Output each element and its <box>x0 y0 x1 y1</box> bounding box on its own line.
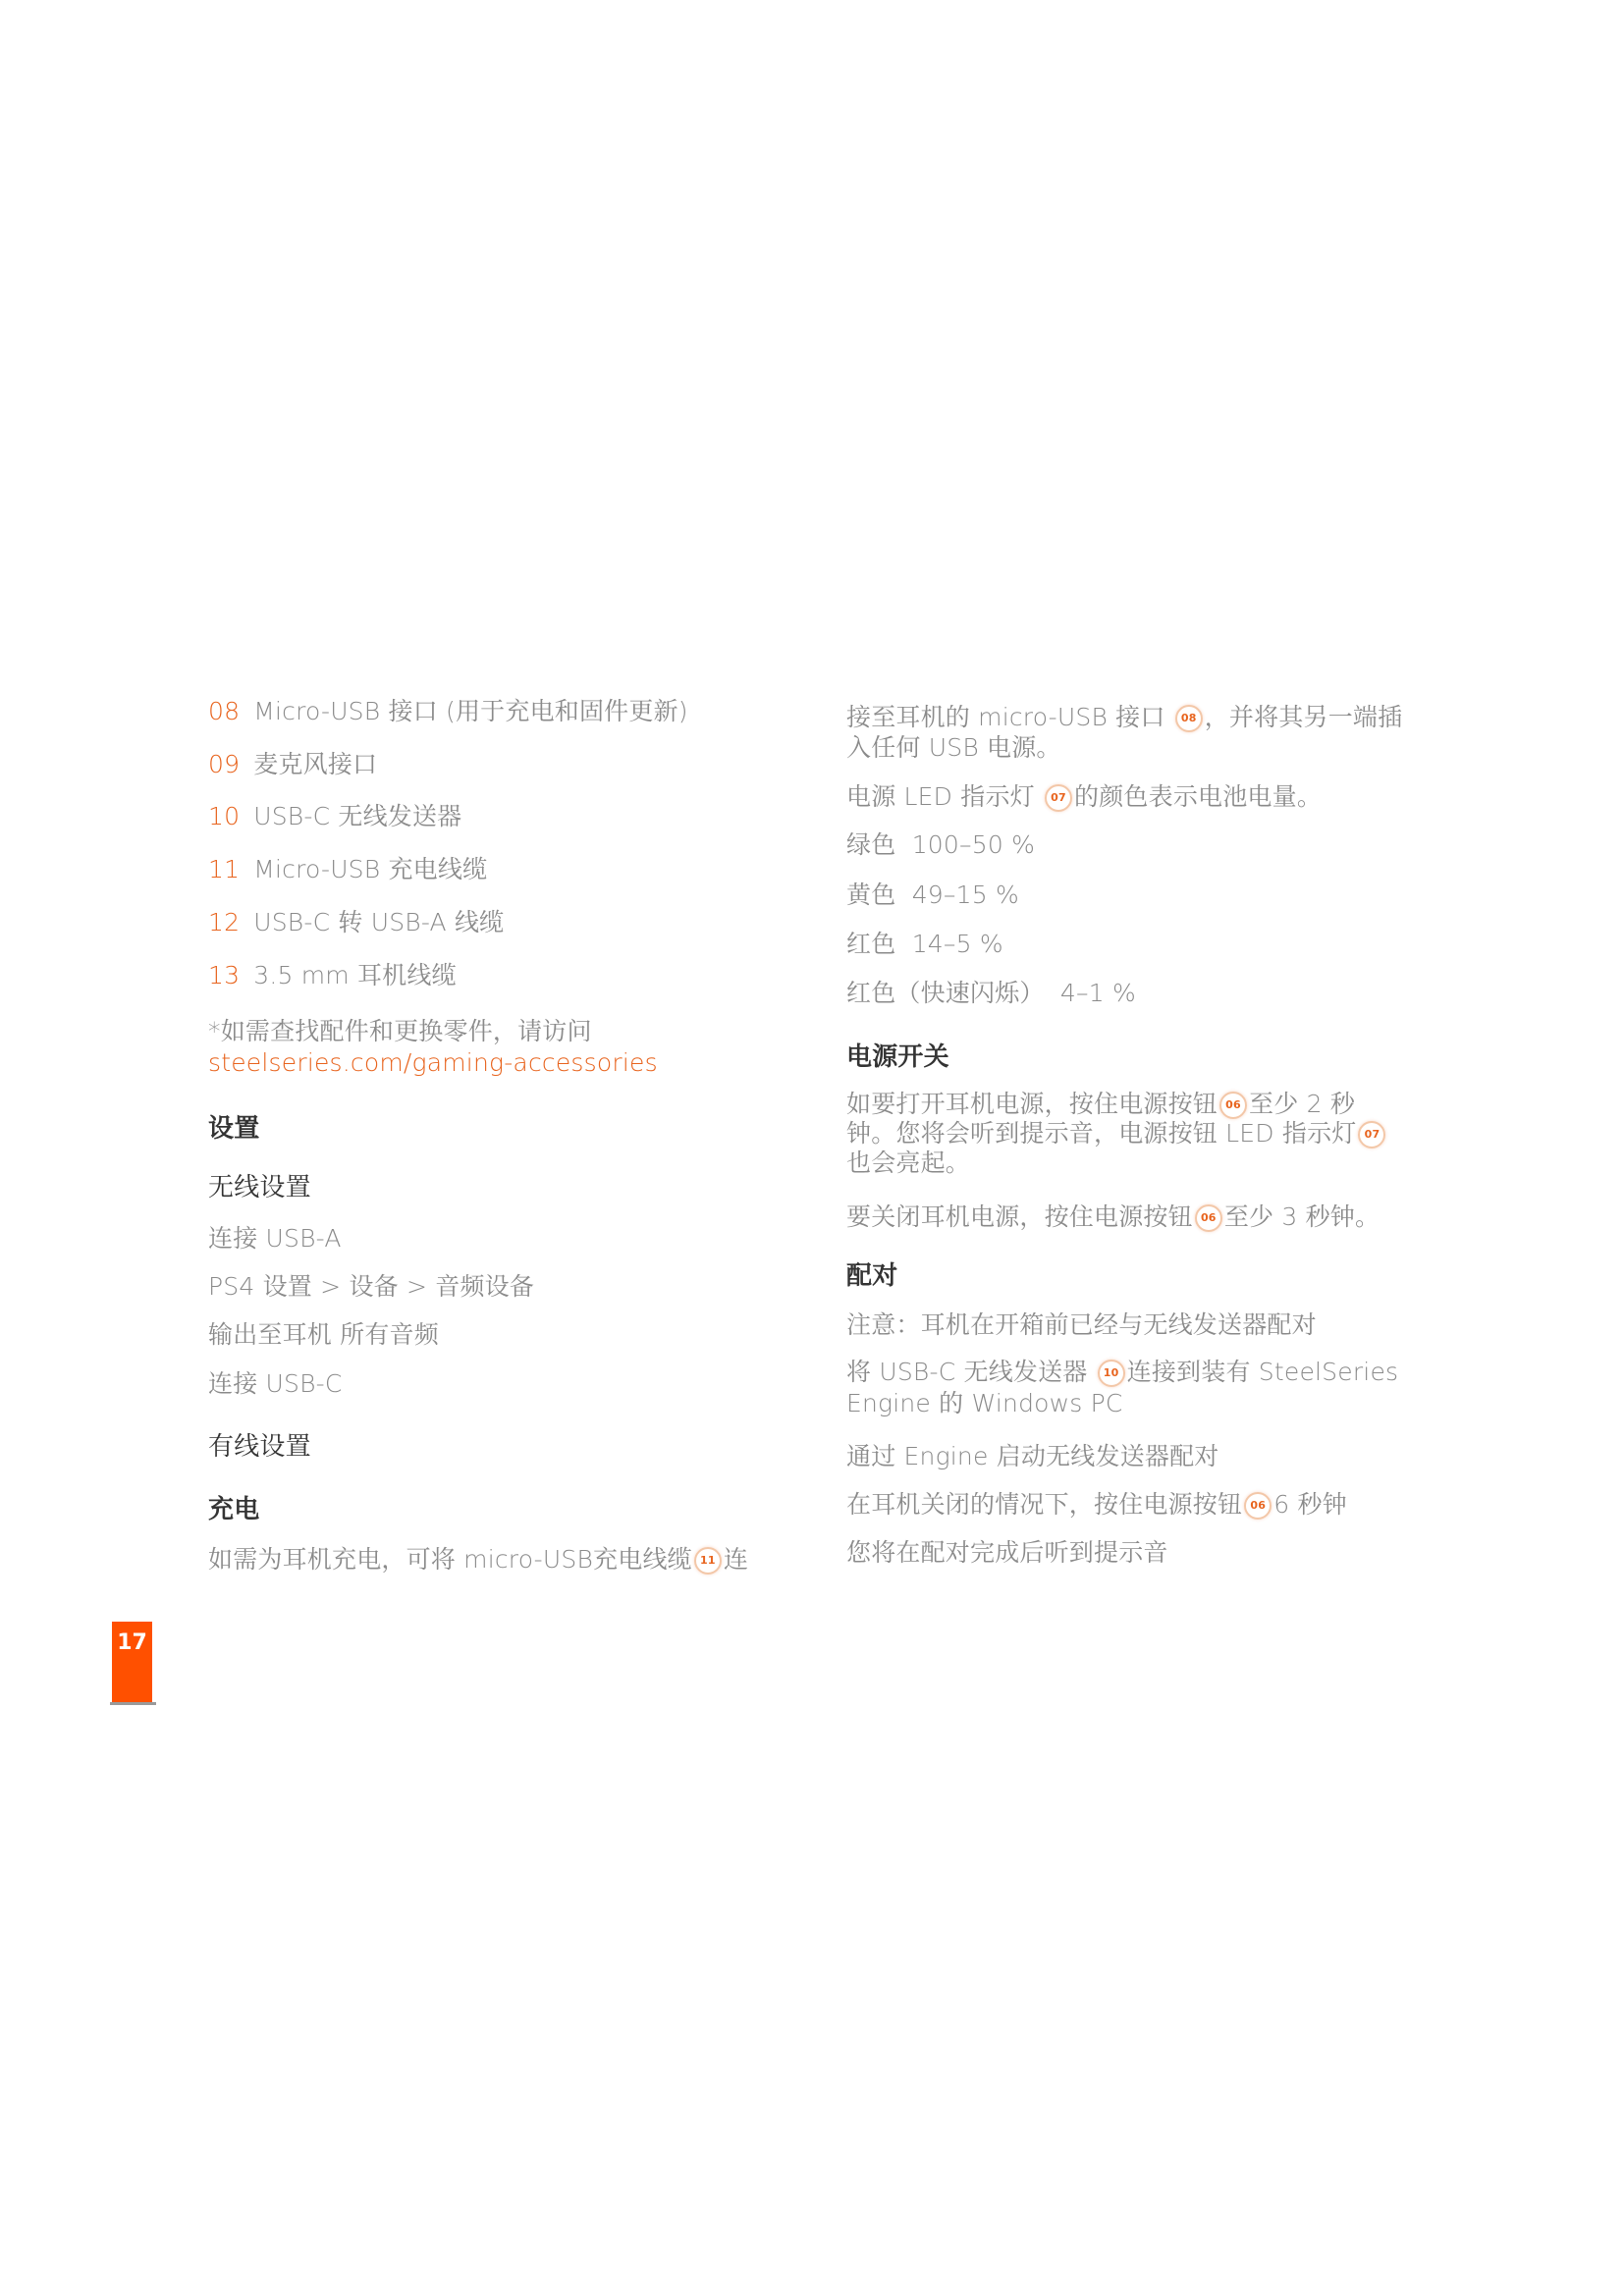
part-label: Micro-USB 充电线缆 <box>253 855 487 883</box>
power-on-text: 如要打开耳机电源，按住电源按钮06至少 2 秒 <box>846 1090 1355 1119</box>
battery-range: 49–15 % <box>912 881 1019 909</box>
callout-badge-icon: 06 <box>1219 1092 1247 1119</box>
section-title-setup: 设置 <box>208 1114 259 1144</box>
power-text-part: 钟。您将会听到提示音，电源按钮 LED 指示灯 <box>846 1119 1356 1148</box>
wireless-step: 输出至耳机 所有音频 <box>208 1320 439 1350</box>
battery-range: 100–50 % <box>912 830 1035 859</box>
page-tab-underline <box>110 1702 156 1705</box>
parts-list-item: 133.5 mm 耳机线缆 <box>208 961 457 990</box>
power-text-part: 如要打开耳机电源，按住电源按钮 <box>846 1090 1218 1118</box>
power-text-part: 要关闭耳机电源，按住电源按钮 <box>846 1202 1193 1231</box>
pairing-text-part: 6 秒钟 <box>1273 1490 1347 1519</box>
power-on-text: 也会亮起。 <box>846 1148 970 1178</box>
callout-badge-icon: 06 <box>1244 1492 1272 1520</box>
pairing-note: 注意：耳机在开箱前已经与无线发送器配对 <box>846 1310 1317 1340</box>
part-number: 08 <box>208 697 240 725</box>
part-label: USB-C 无线发送器 <box>253 802 461 830</box>
part-number: 12 <box>208 908 240 936</box>
callout-badge-icon: 07 <box>1358 1121 1385 1148</box>
pairing-step: 通过 Engine 启动无线发送器配对 <box>846 1442 1219 1471</box>
battery-range: 4–1 % <box>1060 979 1136 1007</box>
callout-badge-icon: 06 <box>1195 1204 1222 1232</box>
charging-text-part: 接至耳机的 micro-USB 接口 <box>846 703 1173 731</box>
led-text-part: 的颜色表示电池电量。 <box>1074 782 1322 811</box>
charging-text-part: ，并将其另一端插 <box>1205 703 1403 731</box>
section-title-pairing: 配对 <box>846 1261 897 1291</box>
parts-list-item: 11Micro-USB 充电线缆 <box>208 855 487 884</box>
subsection-title-wired: 有线设置 <box>208 1432 311 1462</box>
charging-text: 入任何 USB 电源。 <box>846 733 1061 763</box>
pairing-step: 将 USB-C 无线发送器 10连接到装有 SteelSeries <box>846 1358 1398 1387</box>
charging-text: 如需为耳机充电，可将 micro-USB充电线缆11连 <box>208 1545 748 1575</box>
charging-text-part: 连 <box>724 1545 748 1574</box>
battery-range: 14–5 % <box>912 930 1003 958</box>
wireless-step: PS4 设置 > 设备 > 音频设备 <box>208 1272 534 1302</box>
pairing-step: 在耳机关闭的情况下，按住电源按钮066 秒钟 <box>846 1490 1347 1520</box>
accessories-link[interactable]: steelseries.com/gaming-accessories <box>208 1048 658 1078</box>
part-number: 09 <box>208 750 240 778</box>
callout-badge-icon: 10 <box>1098 1360 1125 1387</box>
battery-level: 绿色 100–50 % <box>846 830 1035 860</box>
charging-text-part: 如需为耳机充电，可将 micro-USB充电线缆 <box>208 1545 692 1574</box>
power-text-part: 至少 3 秒钟。 <box>1224 1202 1380 1231</box>
subsection-title-wireless: 无线设置 <box>208 1173 311 1202</box>
led-text-part: 电源 LED 指示灯 <box>846 782 1043 811</box>
part-label: 3.5 mm 耳机线缆 <box>253 961 457 989</box>
power-on-text: 钟。您将会听到提示音，电源按钮 LED 指示灯07 <box>846 1119 1387 1148</box>
pairing-step: 您将在配对完成后听到提示音 <box>846 1538 1168 1568</box>
part-number: 10 <box>208 802 240 830</box>
section-title-power: 电源开关 <box>846 1042 949 1072</box>
battery-level: 黄色 49–15 % <box>846 881 1019 910</box>
accessories-note: *如需查找配件和更换零件，请访问 <box>208 1017 592 1046</box>
parts-list-item: 08Micro-USB 接口 (用于充电和固件更新) <box>208 697 688 726</box>
power-off-text: 要关闭耳机电源，按住电源按钮06至少 3 秒钟。 <box>846 1202 1380 1232</box>
pairing-text-part: 连接到装有 SteelSeries <box>1127 1358 1399 1386</box>
wireless-step: 连接 USB-C <box>208 1369 343 1399</box>
part-label: Micro-USB 接口 (用于充电和固件更新) <box>253 697 688 725</box>
pairing-text-part: 将 USB-C 无线发送器 <box>846 1358 1096 1386</box>
parts-list-item: 12USB-C 转 USB-A 线缆 <box>208 908 504 937</box>
page-number-tab: 17 <box>112 1622 152 1702</box>
battery-color: 黄色 <box>846 881 895 909</box>
charging-text: 接至耳机的 micro-USB 接口 08，并将其另一端插 <box>846 703 1402 732</box>
part-number: 11 <box>208 855 240 883</box>
callout-badge-icon: 08 <box>1175 705 1203 732</box>
battery-color: 红色（快速闪烁） <box>846 979 1045 1007</box>
callout-badge-icon: 07 <box>1045 784 1072 812</box>
part-number: 13 <box>208 961 240 989</box>
power-text-part: 至少 2 秒 <box>1249 1090 1355 1118</box>
pairing-text-part: 在耳机关闭的情况下，按住电源按钮 <box>846 1490 1242 1519</box>
parts-list-item: 10USB-C 无线发送器 <box>208 802 461 831</box>
battery-color: 红色 <box>846 930 895 958</box>
wireless-step: 连接 USB-A <box>208 1224 342 1254</box>
callout-badge-icon: 11 <box>694 1547 722 1575</box>
battery-level: 红色（快速闪烁） 4–1 % <box>846 979 1136 1008</box>
part-label: 麦克风接口 <box>253 750 377 778</box>
battery-level: 红色 14–5 % <box>846 930 1003 959</box>
pairing-step: Engine 的 Windows PC <box>846 1389 1123 1418</box>
parts-list-item: 09麦克风接口 <box>208 750 377 779</box>
battery-color: 绿色 <box>846 830 895 859</box>
part-label: USB-C 转 USB-A 线缆 <box>253 908 504 936</box>
led-text: 电源 LED 指示灯 07的颜色表示电池电量。 <box>846 782 1322 812</box>
section-title-charging: 充电 <box>208 1495 259 1524</box>
